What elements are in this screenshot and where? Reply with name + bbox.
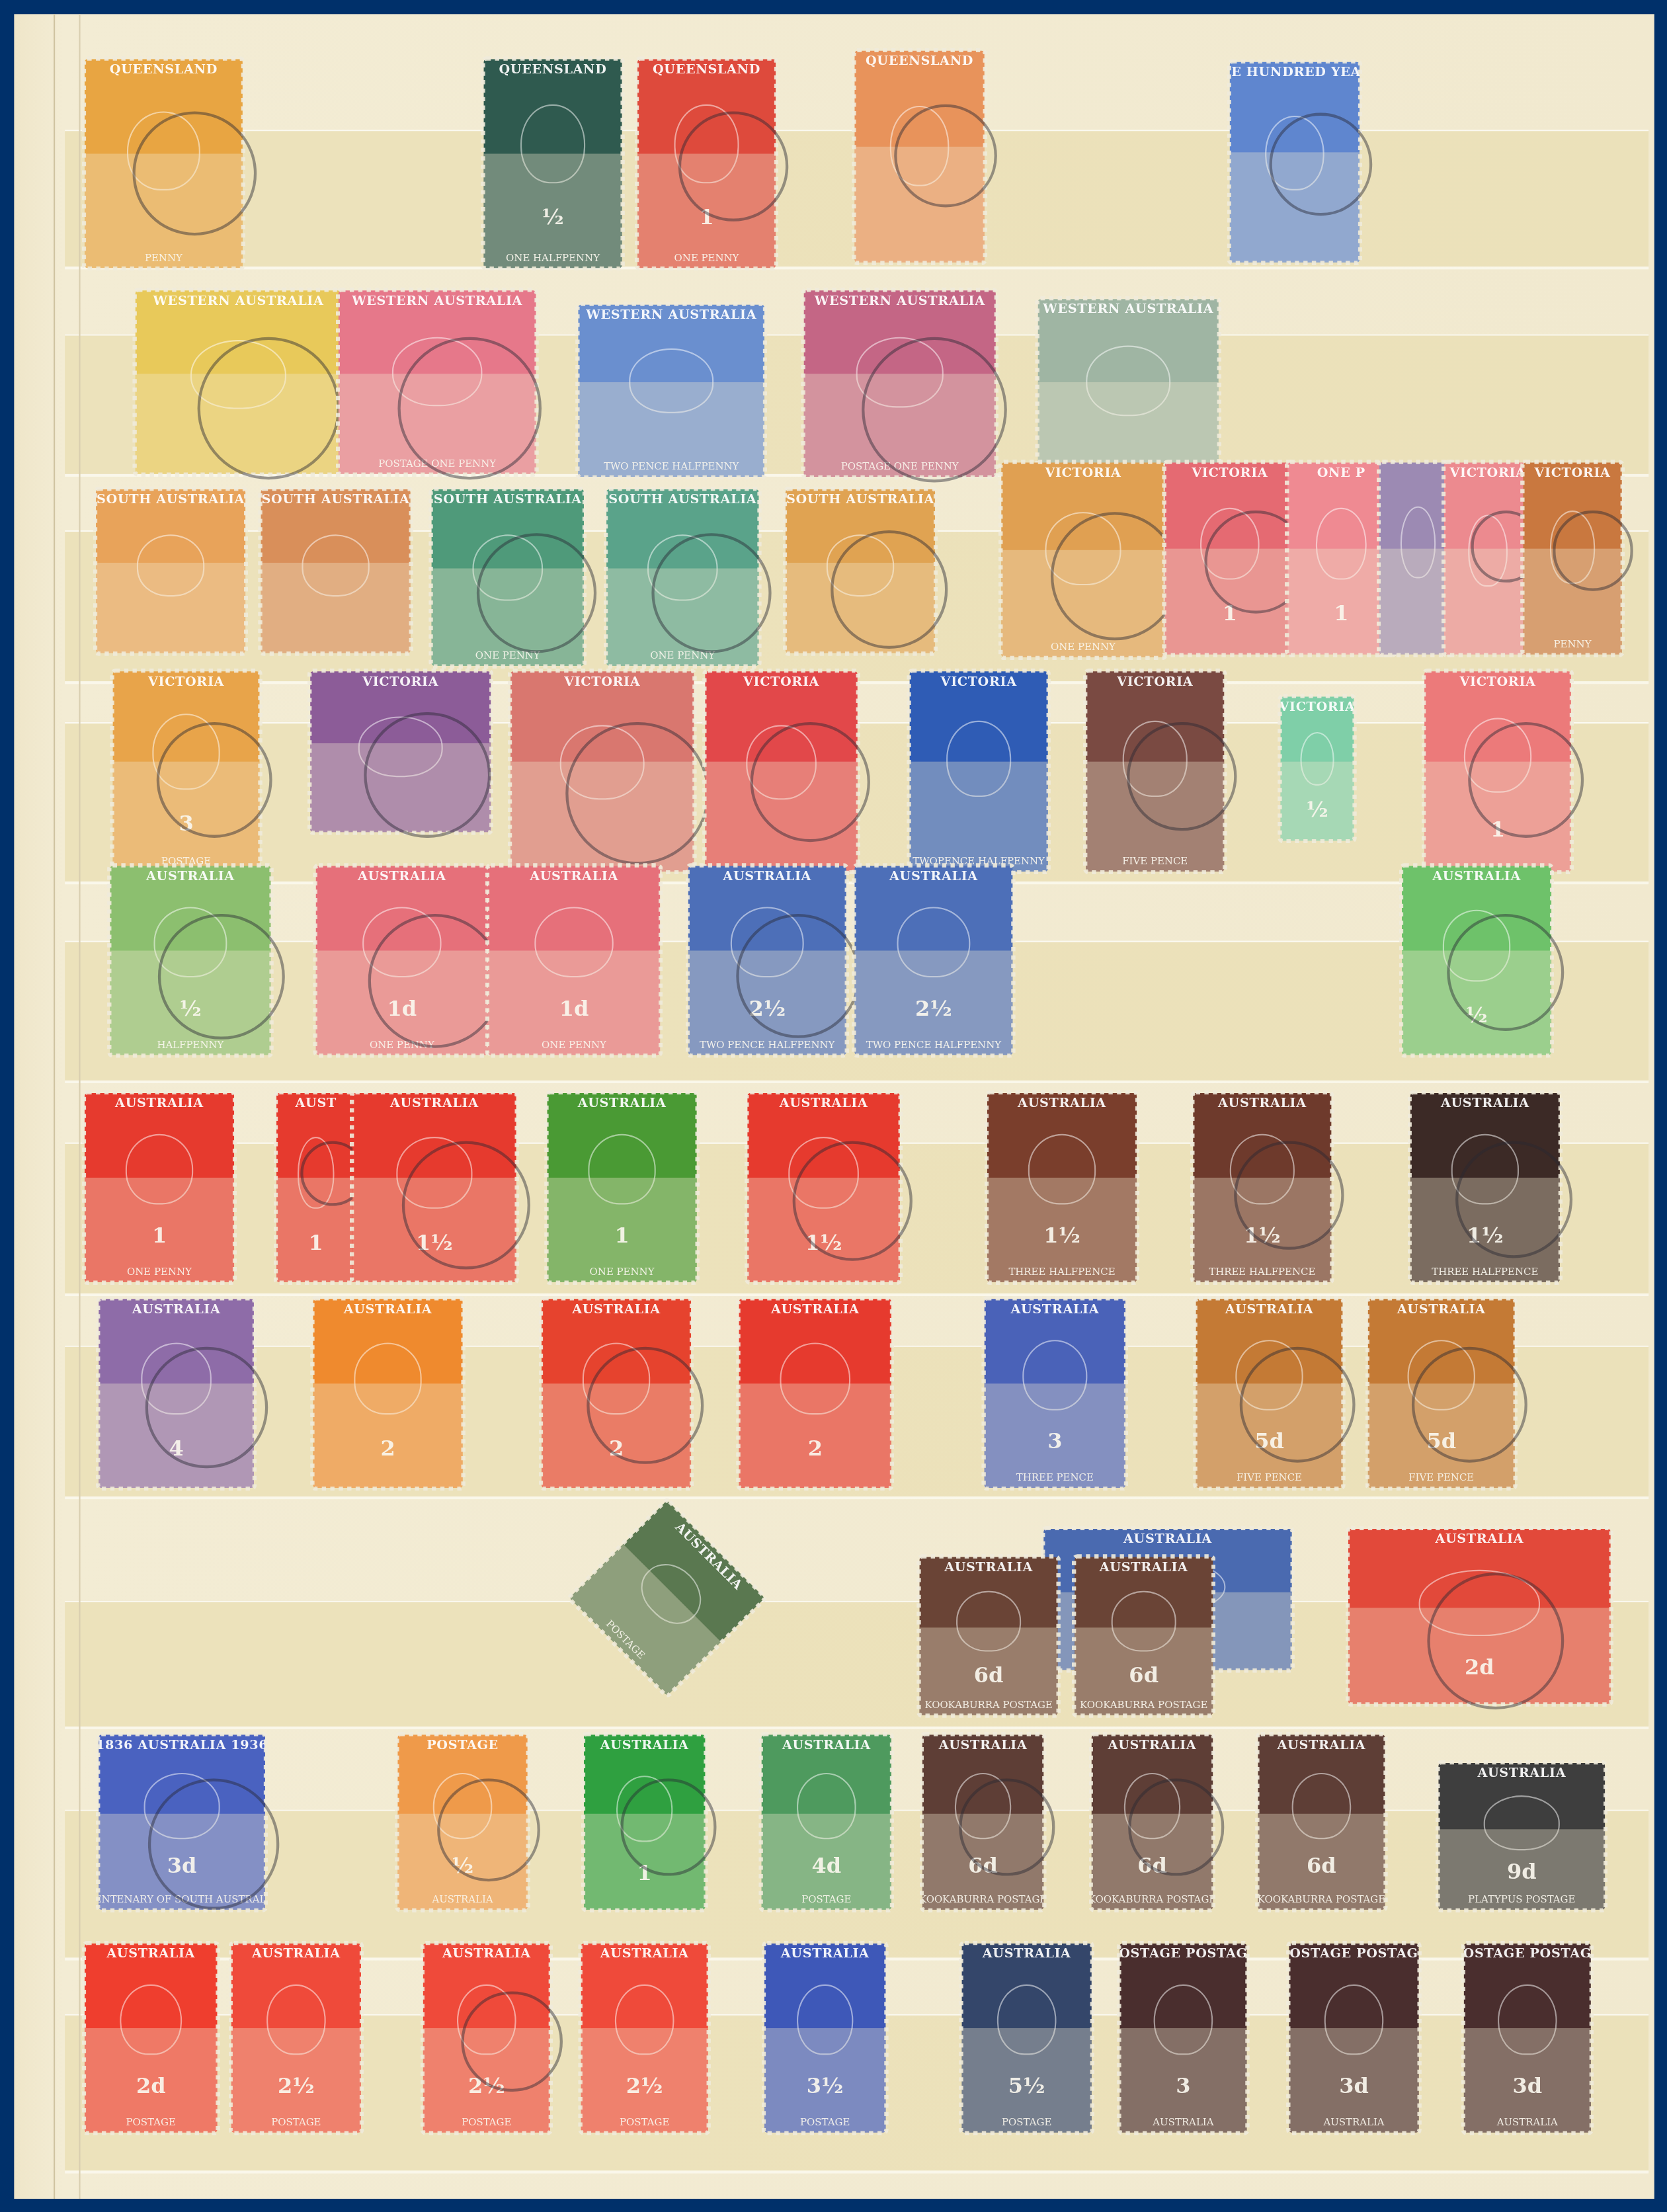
stamp-vignette-icon (560, 725, 645, 800)
stamp-header-text: QUEENSLAND (496, 63, 610, 79)
stamp-vignette-icon (797, 1984, 853, 2055)
stamp-header-text: AUSTRALIA (768, 1303, 862, 1319)
stamp: AUSTRALIA1ONE PENNY (548, 1093, 697, 1282)
stamp-footer-text: FIVE PENCE (1122, 858, 1188, 868)
stamp-denomination: ½ (542, 208, 563, 229)
stamp-footer-text: POSTAGE (1002, 2118, 1051, 2128)
stamp-header-text: SOUTH AUSTRALIA (606, 493, 758, 509)
stamp-vignette-icon (628, 348, 714, 413)
stamp-header-text: VICTORIA (1281, 701, 1354, 716)
stamp-header-text: AUSTRALIA (1430, 870, 1524, 885)
stamp-denomination: 2 (808, 1438, 823, 1459)
stamp-denomination: 2d (136, 2076, 166, 2098)
stamp-vignette-icon (1022, 1340, 1087, 1411)
stamp-footer-text: TWO PENCE HALFPENNY (700, 1041, 834, 1051)
stamp: AUSTRALIA5dFIVE PENCE (1196, 1299, 1343, 1488)
stamp-header-text: AUSTRALIA (129, 1303, 223, 1319)
stamp: AUSTRALIA9dPLATYPUS POSTAGE (1438, 1763, 1605, 1910)
stamp-denomination: 1d (387, 999, 417, 1020)
stamp-vignette-icon (947, 721, 1010, 797)
stamp-footer-text: CENTENARY OF SOUTH AUSTRALIA (99, 1895, 265, 1905)
stamp-footer-text: POSTAGE (126, 2118, 176, 2128)
stamp-vignette-icon (1498, 1984, 1557, 2055)
stamp-header-text: VICTORIA (561, 676, 643, 691)
stamp-vignette-icon (587, 1133, 656, 1205)
stamp: QUEENSLAND (854, 51, 984, 263)
stamp-footer-text: PENNY (1554, 640, 1592, 650)
stamp: AUSTRALIA6dKOOKABURRA POSTAGE (1258, 1735, 1385, 1909)
stamp-header-text: WESTERN AUSTRALIA (583, 309, 760, 324)
stamp-footer-text: KOOKABURRA POSTAGE (922, 1895, 1043, 1905)
stamp-vignette-icon (1451, 1133, 1520, 1205)
stamp-vignette-icon (301, 535, 370, 596)
stamp: AUSTRALIA2½POSTAGE (423, 1944, 550, 2133)
stamp-denomination: 2½ (915, 999, 952, 1020)
stamp-header-text: AUSTRALIA (527, 870, 621, 885)
stamp: AUSTRALIA3½POSTAGE (764, 1944, 885, 2133)
stamp-vignette-icon (1123, 721, 1187, 797)
stamp-footer-text: ONE PENNY (127, 1268, 192, 1278)
stamp-footer-text: FIVE PENCE (1408, 1474, 1474, 1484)
stamp-header-text: QUEENSLAND (107, 63, 221, 79)
stamp-vignette-icon (457, 1984, 516, 2055)
stamp: SOUTH AUSTRALIAONE PENNY (606, 489, 758, 666)
stamp: AUSTRALIA2 (739, 1299, 891, 1488)
stamp: SOUTH AUSTRALIA (96, 489, 245, 653)
stamp-footer-text: POSTAGE (800, 2118, 850, 2128)
stamp-vignette-icon (143, 1772, 220, 1838)
stamp-vignette-icon (674, 104, 738, 183)
stamp-header-text: AUSTRALIA (1105, 1739, 1199, 1754)
stamp: AUSTRALIA1½THREE HALFPENCE (1410, 1093, 1560, 1282)
stamp: POSTAGE½AUSTRALIA (397, 1735, 527, 1909)
stamp-vignette-icon (1317, 507, 1366, 580)
stamp-header-text: POSTAGE POSTAGE (1119, 1947, 1246, 1963)
stamp-header-text: AUSTRALIA (575, 1097, 669, 1112)
stamp-header-text: ONE HUNDRED YEARS (1230, 66, 1360, 81)
stamp: SOUTH AUSTRALIA (261, 489, 411, 653)
stamp-header-text: VICTORIA (360, 676, 442, 691)
stamp-vignette-icon (1200, 507, 1260, 580)
stamp-vignette-icon (1419, 1570, 1540, 1636)
stamp-vignette-icon (1028, 1133, 1096, 1205)
stamp: WESTERN AUSTRALIATWO PENCE HALFPENNY (578, 305, 764, 477)
stamp-denomination: 2½ (468, 2076, 505, 2098)
stamp-vignette-icon (153, 907, 227, 978)
stamp-vignette-icon (1154, 1984, 1213, 2055)
stamp-denomination: 1 (1334, 604, 1348, 626)
stamp-denomination: 1½ (1244, 1226, 1281, 1247)
stamp-denomination: 1 (309, 1233, 323, 1254)
stamp-footer-text: ONE PENNY (370, 1041, 434, 1051)
stamp-denomination: 6d (1307, 1856, 1336, 1877)
stamp-vignette-icon (797, 1772, 857, 1838)
stamp: AUSTRALIA5½POSTAGE (962, 1944, 1092, 2133)
stamp: AUSTRALIA½HALFPENNY (110, 866, 270, 1055)
stamp-vignette-icon (582, 1343, 651, 1414)
stamp-denomination: 9d (1507, 1862, 1537, 1883)
stamp-vignette-icon (1112, 1591, 1175, 1651)
stamp-vignette-icon (1231, 1133, 1294, 1205)
stamp-header-text: VICTORIA (741, 676, 823, 691)
stamp-header-text: AUSTRALIA (936, 1739, 1030, 1754)
stamp: ONE HUNDRED YEARS (1230, 62, 1360, 263)
stamp-header-text: VICTORIA (1114, 676, 1196, 691)
stamp: VICTORIA½ (1281, 697, 1354, 841)
stamp-vignette-icon (391, 337, 483, 407)
stamp-vignette-icon (788, 1137, 858, 1208)
stamp-denomination: 1 (614, 1226, 629, 1247)
stamp-vignette-icon (615, 1984, 674, 2055)
stamp-vignette-icon (136, 535, 205, 596)
stamp-header-text: AUSTRALIA (776, 1097, 870, 1112)
stamp-footer-text: TWO PENCE HALFPENNY (604, 462, 739, 472)
stamp: AUSTRALIA4dPOSTAGE (762, 1735, 891, 1909)
stamp: VICTORIA1 (1424, 671, 1571, 872)
stamp-denomination: 3½ (807, 2076, 844, 2098)
stamp-footer-text: AUSTRALIA (1323, 2118, 1384, 2128)
stamp-header-text: AUSTRALIA (1432, 1533, 1526, 1548)
stamp-vignette-icon (534, 907, 614, 978)
stamp-vignette-icon (955, 1772, 1011, 1838)
stamp-footer-text: POSTAGE ONE PENNY (841, 463, 959, 473)
stamp: AUSTRALIA1½THREE HALFPENCE (987, 1093, 1137, 1282)
stamp-footer-text: THREE HALFPENCE (1008, 1268, 1115, 1278)
stamp-footer-text: ONE PENNY (650, 651, 715, 661)
stamp-header-text: SOUTH AUSTRALIA (786, 493, 935, 509)
stamp-denomination: 1½ (805, 1233, 842, 1254)
stamp-header-text: SOUTH AUSTRALIA (261, 493, 411, 509)
stamp: AUSTRALIA2½TWO PENCE HALFPENNY (854, 866, 1012, 1055)
stamp-vignette-icon (1442, 910, 1511, 981)
stamp-vignette-icon (120, 1984, 182, 2055)
stamp-vignette-icon (957, 1591, 1020, 1651)
stamp-footer-text: ONE PENNY (590, 1268, 655, 1278)
stamp-header-text (1414, 467, 1420, 470)
stamp-header-text: SOUTH AUSTRALIA (432, 493, 584, 509)
stamp-header-text: VICTORIA (938, 676, 1020, 691)
stamp: POSTAGE POSTAGE3AUSTRALIA (1119, 1944, 1246, 2133)
stamp-footer-text: ONE PENNY (542, 1041, 606, 1051)
stamp-denomination: 3d (1512, 2076, 1542, 2098)
stamp: QUEENSLANDPENNY (85, 60, 243, 268)
stamp: AUSTRALIA½ (1402, 866, 1551, 1055)
stamp-header-text: AUSTRALIA (780, 1739, 874, 1754)
stamp-header-text: POSTAGE POSTAGE (1289, 1947, 1418, 1963)
stamp-vignette-icon (746, 725, 816, 800)
stamp-denomination: 1½ (416, 1233, 453, 1254)
stamp-footer-text: AUSTRALIA (432, 1895, 493, 1905)
stamp: WESTERN AUSTRALIAPOSTAGE ONE PENNY (804, 290, 996, 477)
stamp-vignette-icon (191, 341, 286, 410)
stamp-header-text: AUSTRALIA (1438, 1097, 1532, 1112)
stamp: AUSTRALIA1dONE PENNY (316, 866, 488, 1055)
stamp-footer-text: THREE HALFPENCE (1432, 1268, 1538, 1278)
stamp-header-text: AUSTRALIA (112, 1097, 206, 1112)
stamp-header-text: AUSTRALIA (143, 870, 237, 885)
stamp: SOUTH AUSTRALIAONE PENNY (432, 489, 584, 666)
stamp-header-text: AUSTRALIA (887, 870, 981, 885)
stamp-footer-text: PENNY (145, 254, 183, 264)
stamp: VICTORIA (1444, 463, 1531, 655)
stamp-footer-text: THREE HALFPENCE (1209, 1268, 1315, 1278)
stamp: VICTORIAPENNY (1523, 463, 1621, 655)
stamp-header-text: AUSTRALIA (104, 1947, 198, 1963)
stamp: VICTORIATWOPENCE HALFPENNY (910, 671, 1048, 872)
stamp-header-text: WESTERN AUSTRALIA (150, 295, 327, 310)
stamp-header-text: ONE P (1314, 467, 1368, 482)
stamp-vignette-icon (1400, 506, 1435, 579)
stamp: AUSTRALIA6dKOOKABURRA POSTAGE (922, 1735, 1043, 1909)
stamp-denomination: 3 (1047, 1432, 1062, 1453)
stamp-footer-text: POSTAGE (620, 2118, 669, 2128)
stamp: AUSTRALIA2½POSTAGE (231, 1944, 361, 2133)
stamp-header-text: AUSTRALIA (720, 870, 814, 885)
stamp-vignette-icon (1124, 1772, 1180, 1838)
stamp-denomination: 2 (380, 1438, 395, 1459)
stamp: 1836 AUSTRALIA 19363dCENTENARY OF SOUTH … (99, 1735, 265, 1909)
stamp-denomination: 4d (811, 1856, 841, 1877)
stamp-header-text: AUSTRALIA (249, 1947, 343, 1963)
stamp-denomination: 1d (559, 999, 589, 1020)
stamp-vignette-icon (152, 714, 220, 790)
stamp-vignette-icon (856, 338, 944, 408)
stockbook-page: QUEENSLANDPENNYQUEENSLAND½ONE HALFPENNYQ… (14, 14, 1654, 2199)
stamp-denomination: 1 (1490, 820, 1505, 841)
stamp-header-text: AUSTRALIA (598, 1739, 692, 1754)
stamp-denomination: 6d (974, 1665, 1004, 1686)
stamp-vignette-icon (1045, 511, 1121, 585)
stamp-vignette-icon (731, 907, 803, 978)
stamp-vignette-icon (1324, 1984, 1384, 2055)
stamp-vignette-icon (1292, 1772, 1351, 1838)
stamp: AUSTRALIA2d (1348, 1529, 1611, 1703)
stamp-footer-text: HALFPENNY (157, 1041, 224, 1051)
stamp-vignette-icon (298, 1137, 334, 1208)
stamp-vignette-icon (1408, 1340, 1475, 1411)
stamp-header-text: AUSTRALIA (1008, 1303, 1102, 1319)
stamp-denomination: 5d (1426, 1432, 1456, 1453)
stamp-denomination: 2½ (626, 2076, 663, 2098)
stamp-header-text: AUSTRALIA (1015, 1097, 1109, 1112)
stamp-header-text: VICTORIA (1189, 467, 1271, 482)
stamp-denomination: 2½ (278, 2076, 315, 2098)
stamp: AUSTRALIA1ONE PENNY (85, 1093, 234, 1282)
stamp: AUSTRALIA6dKOOKABURRA POSTAGE (920, 1557, 1058, 1715)
stamp-footer-text: FIVE PENCE (1237, 1474, 1302, 1484)
stamp-vignette-icon (125, 1133, 194, 1205)
stamp-header-text: AUSTRALIA (1097, 1561, 1191, 1577)
stamp-header-text: AUSTRALIA (1475, 1767, 1568, 1782)
stamp-header-text: AUSTRALIA (1274, 1739, 1368, 1754)
stamp-vignette-icon (1464, 717, 1531, 793)
stamp-vignette-icon (1468, 514, 1508, 587)
stamp-vignette-icon (127, 111, 200, 190)
stamp-denomination: 5½ (1008, 2076, 1045, 2098)
stamp: AUSTRALIA2dPOSTAGE (85, 1944, 217, 2133)
stamp-header-text: QUEENSLAND (650, 63, 764, 79)
stamp: AUST1 (276, 1093, 355, 1282)
stamp-denomination: ½ (452, 1856, 473, 1877)
stamp-denomination: 1 (152, 1226, 167, 1247)
stamp-vignette-icon (1483, 1795, 1560, 1850)
stamp-denomination: 3 (1176, 2076, 1190, 2098)
stamp: VICTORIA (310, 671, 491, 832)
stamp: QUEENSLAND1ONE PENNY (637, 60, 776, 268)
stamp-vignette-icon (473, 534, 543, 601)
stamp: SOUTH AUSTRALIA (786, 489, 935, 653)
stamp-vignette-icon (616, 1776, 672, 1842)
stamp-footer-text: KOOKABURRA POSTAGE (1092, 1895, 1213, 1905)
stamp-denomination: 2½ (749, 999, 786, 1020)
stamp: AUSTRALIA2½POSTAGE (581, 1944, 708, 2133)
stamp: VICTORIA (705, 671, 857, 872)
stamp-vignette-icon (1265, 115, 1325, 190)
stamp-header-text: AUSTRALIA (1215, 1097, 1309, 1112)
stamp: VICTORIA1 (1165, 463, 1295, 655)
stamp-denomination: 2 (609, 1438, 624, 1459)
stamp-vignette-icon (630, 1553, 712, 1635)
stamp-vignette-icon (1235, 1340, 1303, 1411)
stamp-header-text: AUSTRALIA (1222, 1303, 1316, 1319)
stamp-footer-text: POSTAGE (271, 2118, 321, 2128)
stamp-header-text: WESTERN AUSTRALIA (349, 295, 526, 310)
stamp-vignette-icon (647, 534, 717, 601)
stamp-vignette-icon (1300, 731, 1334, 786)
stamp-denomination: ½ (1465, 1005, 1487, 1026)
stamp: POSTAGE POSTAGE3dAUSTRALIA (1464, 1944, 1591, 2133)
stamp: VICTORIA (510, 671, 694, 872)
stamp: VICTORIA3POSTAGE (113, 671, 260, 872)
stamp-vignette-icon (1086, 346, 1170, 416)
stamp-header-text: POSTAGE (424, 1739, 501, 1754)
stamp-denomination: 1 (1223, 604, 1237, 626)
stamp-vignette-icon (1550, 511, 1596, 584)
stamp-denomination: 4 (169, 1438, 183, 1459)
stamp-header-text: AUSTRALIA (440, 1947, 534, 1963)
stamp-denomination: 2d (1465, 1657, 1494, 1678)
stamp: VICTORIAFIVE PENCE (1086, 671, 1224, 872)
stamp-footer-text: KOOKABURRA POSTAGE (924, 1701, 1052, 1711)
stamp-header-text: AUSTRALIA (942, 1561, 1036, 1577)
stamp-denomination: 5d (1254, 1432, 1284, 1453)
stamp-vignette-icon (362, 907, 442, 978)
stamp-footer-text: TWO PENCE HALFPENNY (866, 1041, 1001, 1051)
stamp: AUSTRALIA6dKOOKABURRA POSTAGE (1092, 1735, 1213, 1909)
stamp-denomination: ½ (179, 999, 201, 1020)
stamp-header-text: VICTORIA (1447, 467, 1529, 482)
stamp: AUSTRALIA4 (99, 1299, 254, 1488)
stamp: AUSTRALIA1dONE PENNY (488, 866, 660, 1055)
stamp-vignette-icon (432, 1772, 493, 1838)
stamp-footer-text: KOOKABURRA POSTAGE (1080, 1701, 1207, 1711)
stamp-header-text: AUSTRALIA (341, 1303, 434, 1319)
stamp-denomination: 1 (637, 1863, 652, 1884)
stamp-denomination: 1½ (1467, 1226, 1504, 1247)
stamp: AUSTRALIA2 (542, 1299, 691, 1488)
stamp-header-text: AUSTRALIA (778, 1947, 872, 1963)
stamp-vignette-icon (353, 1343, 422, 1414)
stamp-header-text: AUSTRALIA (598, 1947, 692, 1963)
stamp-denomination: 3d (167, 1856, 197, 1877)
stamp-vignette-icon (826, 535, 895, 596)
stamp-denomination: 3d (1339, 2076, 1369, 2098)
stamp-denomination: 6d (1137, 1856, 1167, 1877)
stamp-footer-text: POSTAGE (801, 1895, 851, 1905)
stamp-header-text: AUSTRALIA (980, 1947, 1074, 1963)
stamp-footer-text: POSTAGE (462, 2118, 511, 2128)
stamp-vignette-icon (397, 1137, 472, 1208)
stamp-header-text: VICTORIA (1042, 467, 1124, 482)
stamp: WESTERN AUSTRALIAPOSTAGE ONE PENNY (339, 290, 536, 473)
stamp-vignette-icon (780, 1343, 850, 1414)
stamp-header-text: AUSTRALIA (355, 870, 449, 885)
stamp-footer-text: THREE PENCE (1016, 1474, 1094, 1484)
stamp-header-text: VICTORIA (1457, 676, 1539, 691)
stamp-header-text: POSTAGE POSTAGE (1464, 1947, 1591, 1963)
stamp: AUSTRALIA2 (313, 1299, 462, 1488)
stamp-footer-text: ONE PENNY (674, 254, 739, 264)
stamp-vignette-icon (996, 1984, 1057, 2055)
stamp-footer-text: KOOKABURRA POSTAGE (1258, 1895, 1385, 1905)
stamp: AUSTRALIA1½THREE HALFPENCE (1193, 1093, 1331, 1282)
stamp: AUSTRALIA5dFIVE PENCE (1368, 1299, 1515, 1488)
stamp-footer-text: ONE HALFPENNY (506, 254, 600, 264)
stamp: AUSTRALIA2½TWO PENCE HALFPENNY (688, 866, 846, 1055)
stamp: WESTERN AUSTRALIA (136, 290, 341, 473)
stamp-denomination: 1 (699, 208, 713, 229)
stamp-footer-text: AUSTRALIA (1497, 2118, 1558, 2128)
stamp: QUEENSLAND½ONE HALFPENNY (484, 60, 622, 268)
stamp-header-text: QUEENSLAND (863, 55, 977, 70)
stamp-header-text: AUSTRALIA (1395, 1303, 1488, 1319)
stamp-header-text: SOUTH AUSTRALIA (96, 493, 245, 509)
stamp-denomination: ½ (1306, 800, 1328, 821)
stamp-vignette-icon (266, 1984, 327, 2055)
stamp: VICTORIAONE PENNY (1001, 463, 1164, 657)
stamp-vignette-icon (140, 1343, 212, 1414)
stamp-denomination: 3 (179, 813, 193, 835)
stamp-footer-text: POSTAGE ONE PENNY (378, 460, 496, 470)
stamp-header-text: WESTERN AUSTRALIA (811, 295, 988, 310)
stamp-header-text: 1836 AUSTRALIA 1936 (99, 1739, 265, 1754)
stamp-footer-text: AUSTRALIA (1153, 2118, 1213, 2128)
stamp-header-text: VICTORIA (1531, 467, 1613, 482)
stamp-header-text: AUST (292, 1097, 339, 1112)
stamp-footer-text: PLATYPUS POSTAGE (1468, 1895, 1575, 1905)
stamp-footer-text: ONE PENNY (1051, 643, 1116, 653)
stamp-header-text: AUSTRALIA (387, 1097, 481, 1112)
album-frame: QUEENSLANDPENNYQUEENSLAND½ONE HALFPENNYQ… (0, 0, 1667, 2211)
stamp: POSTAGE POSTAGE3dAUSTRALIA (1289, 1944, 1418, 2133)
stamp: AUSTRALIA6dKOOKABURRA POSTAGE (1075, 1557, 1213, 1715)
stamp: AUSTRALIA1 (584, 1735, 705, 1909)
stamp-header-text: AUSTRALIA (1121, 1533, 1215, 1548)
stamp-header-text: WESTERN AUSTRALIA (1040, 304, 1217, 319)
stamp-vignette-icon (521, 104, 585, 183)
stamp-denomination: 6d (1129, 1665, 1159, 1686)
stamp-footer-text: ONE PENNY (475, 651, 540, 661)
stamp-header-text: VICTORIA (145, 676, 227, 691)
stamp-denomination: 6d (968, 1856, 998, 1877)
stamp: WESTERN AUSTRALIAPOSTAGE ONE HALF PENNY (1038, 299, 1219, 485)
stamp: AUSTRALIA1½ (352, 1093, 516, 1282)
stamp-vignette-icon (359, 716, 442, 777)
stamp: AUSTRALIA1½ (747, 1093, 899, 1282)
stamp-vignette-icon (889, 106, 950, 186)
stamp-header-text: AUSTRALIA (569, 1303, 663, 1319)
stamp-vignette-icon (897, 907, 970, 978)
